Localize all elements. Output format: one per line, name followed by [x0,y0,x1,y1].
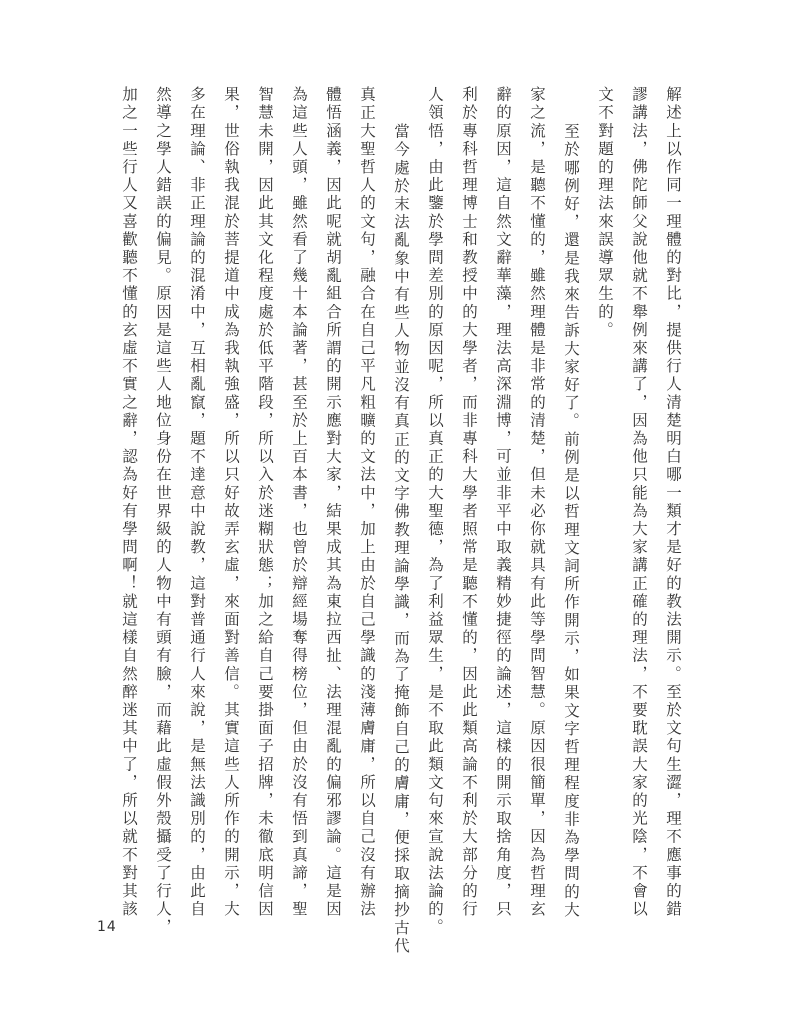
text-column: 然導之學人錯誤的偏見。原因是這些人地位身份在世界級的人物中有頭有臉，而藉此虛假外… [146,86,180,942]
text-column: 謬講法，佛陀師父說他就不舉例來講了，因為他只能為大家講正確的理法，不要耽誤大家的… [622,86,656,942]
text-column: 解述上以作同一理體的對比，提供行人清楚明白哪一類才是好的教法開示。至於文句生澀，… [656,86,690,942]
text-column: 至於哪例好，還是我來告訴大家好了。前例是以哲理文詞所作開示，如果文字哲理程度非為… [554,86,588,979]
page-text-block: 解述上以作同一理體的對比，提供行人清楚明白哪一類才是好的教法開示。至於文句生澀，… [112,86,690,942]
page-number: 14 [97,919,117,935]
text-column: 體悟涵義，因此呢就胡亂組合所謂的開示應對大家，結果成其為東拉西扯、法理混亂的偏邪… [316,86,350,942]
text-column: 人領悟，由此鑒於學問差別的原因呢，所以真正的大聖德，為了利益眾生，是不取此類文句… [418,86,452,942]
text-column: 利於專科哲理博士和教授中的大學者，而非專科大學者照常是聽不懂的，因此此類高論不利… [452,86,486,942]
text-column: 當今處於末法亂象中有些人物並沒有真正的文字佛教理論學識，而為了掩飾自己的膚庸，便… [384,86,418,979]
text-column: 辭的原因，這自然文辭華藻，理法高深淵博，可並非平中取義精妙捷徑的論述，這樣的開示… [486,86,520,942]
text-column: 果，世俗執我混於菩提道中成為我執強盛，所以只好故弄玄虛，來面對善信。其實這些人所… [214,86,248,942]
text-column: 加之一些行人又喜歡聽不懂的玄虛不實之辭，認為好有學問啊！就這樣自然醉迷其中了，所… [112,86,146,942]
text-column: 家之流，是聽不懂的，雖然理體是非常的清楚，但未必你就具有此等學問智慧。原因很簡單… [520,86,554,942]
text-column: 文不對題的理法來誤導眾生的。 [588,86,622,942]
book-page: 解述上以作同一理體的對比，提供行人清楚明白哪一類才是好的教法開示。至於文句生澀，… [0,0,791,1024]
text-column: 智慧未開，因此其文化程度處於低平階段，所以入於迷糊狀態；加之給自己要掛面子招牌，… [248,86,282,942]
text-column: 為這些人頭，雖然看了幾十本論著，甚至於上百本書，也曾於辯經場奪得榜位，但由於沒有… [282,86,316,942]
text-column: 真正大聖哲人的文句，融合在自己平凡粗曠的文法中，加上由於自己學識的淺薄膚庸，所以… [350,86,384,942]
text-column: 多在理論、非正理論的混淆中，互相亂竄，題不達意中說教，這對普通行人來說，是無法識… [180,86,214,942]
